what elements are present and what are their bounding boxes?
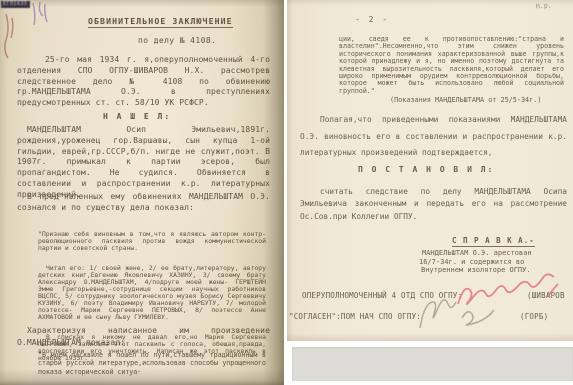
characterization-line: Характеризуя написанное им произведение … [17, 325, 270, 348]
pencil-corner-note: Н.р. [536, 1, 552, 10]
biography-paragraph: МАНДЕЛЬШТАМ Осип Эмильевич,1891г. рожден… [17, 125, 270, 201]
spravka-line: 16/7-34г. и содержится во [419, 258, 524, 267]
page-number: - 2 - [355, 15, 389, 24]
spravka-line: Внутреннем изоляторе ОГПУ. [421, 266, 531, 275]
conclusion-paragraph: Полагая,что приведенными показаниями МАН… [300, 112, 567, 162]
officer-name-shivarov: (ШИВАРОВ [527, 291, 565, 300]
page-1: ЕГЛ1635 ОБВИНИТЕЛЬНОЕ ЗАКЛЮЧЕНИЕ по делу… [0, 0, 284, 385]
decision-paragraph: считать следствие по делу МАНДЕЛЬШТАМА О… [300, 186, 567, 223]
officer-name-gorb: (ГОРБ) [520, 312, 548, 321]
resolved-heading: П О С Т А Н О В И Л: [358, 165, 494, 174]
agreed-role: "СОГЛАСЕН":ПОМ НАЧ СПО ОГПУ: [289, 312, 421, 321]
quote-paragraph: Читал его: 1/ своей жене, 2/ ее брату,ли… [38, 265, 266, 320]
scan-background-strip [292, 347, 573, 381]
spravka-heading: С П Р А В К А.- [452, 236, 535, 247]
archive-stamp: ЕГЛ1635 [1, 1, 30, 8]
second-quote-end: ции, сведя ее к противопоставлению:"стра… [339, 36, 564, 95]
case-number: по делу № 4108. [138, 36, 216, 45]
found-heading: Н А Ш Е Л: [103, 112, 171, 121]
spravka-line: МАНДЕЛЬШТАМ О.Э. арестован [422, 249, 532, 258]
quote-paragraph: "Признаю себя виновным в том,что я являю… [38, 231, 266, 252]
officer-role: ОПЕРУПОЛНОМОЧЕННЫЙ 4 ОТД СПО ОГПУ: [302, 291, 462, 300]
page-title: ОБВИНИТЕЛЬНОЕ ЗАКЛЮЧЕНИЕ [88, 16, 233, 28]
intro-paragraph: 25-го мая 1934 г. я,оперуполномоченный 4… [17, 55, 270, 109]
document-scan: ЕГЛ1635 ОБВИНИТЕЛЬНОЕ ЗАКЛЮЧЕНИЕ по делу… [0, 0, 573, 385]
testimony-citation: (Показания МАНДЕЛЬШТАМА от 25/5-34г.) [390, 96, 541, 104]
second-quote-start: "В моем пасквиле я пошел по пути,ставшем… [38, 351, 266, 376]
confession-intro: В пред'явленных ему обвинениях МАНДЕЛЬШТ… [17, 191, 270, 213]
page-2: - 2 - ции, сведя ее к противопоставлению… [287, 0, 573, 341]
